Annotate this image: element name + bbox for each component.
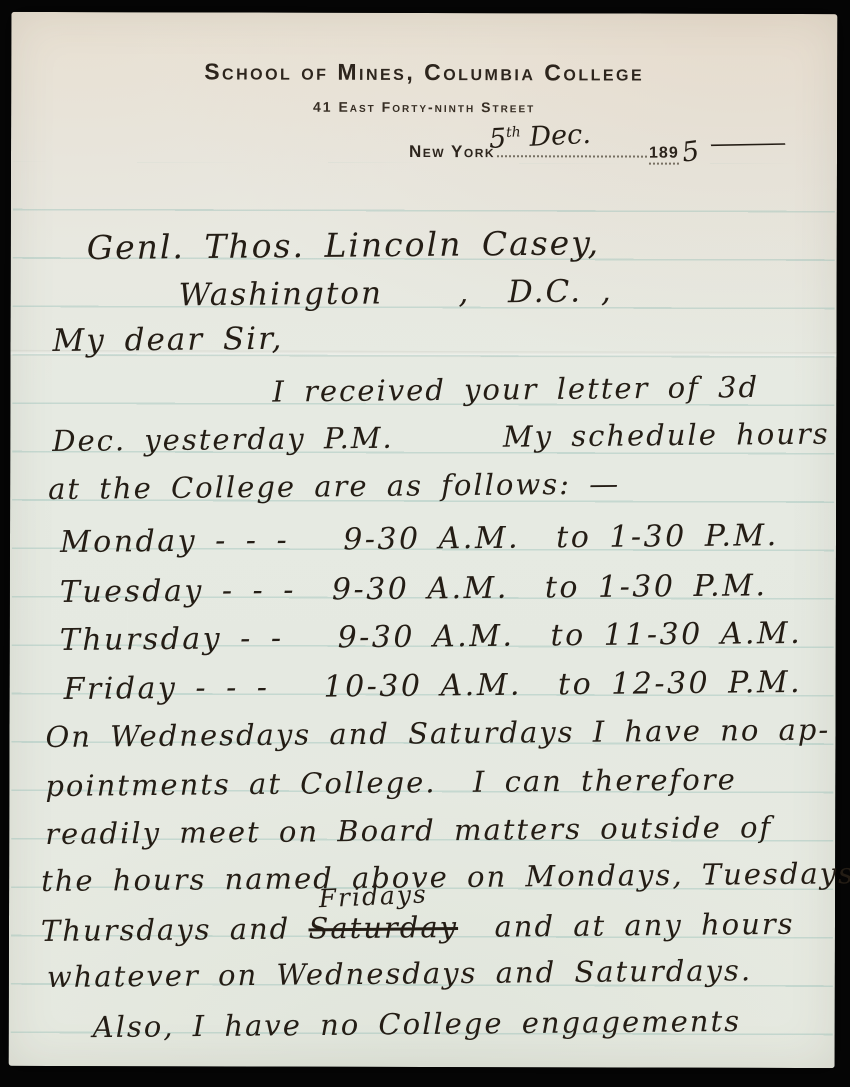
handwritten-line: I received your letter of 3d — [272, 372, 759, 409]
salutation-line: My dear Sir, — [52, 322, 283, 358]
date-day: 5 — [488, 123, 507, 155]
recipient-place-line: Washington , D.C. , — [178, 274, 612, 312]
struck-word-wrap: SaturdayFridays — [308, 912, 458, 945]
handwritten-year-digit: 5 — [680, 136, 701, 169]
date-ordinal: th — [506, 124, 521, 141]
handwritten-line: whatever on Wednesdays and Saturdays. — [47, 955, 753, 994]
schedule-line-monday: Monday - - - 9-30 A.M. to 1-30 P.M. — [60, 519, 779, 559]
schedule-line-tuesday: Tuesday - - - 9-30 A.M. to 1-30 P.M. — [60, 569, 768, 609]
city-label: New York — [409, 142, 495, 162]
struck-word: Saturday — [308, 910, 458, 945]
year-flourish: — — [704, 128, 792, 157]
letter-paper: School of Mines, Columbia College 41 Eas… — [9, 12, 838, 1068]
letterhead-institution: School of Mines, Columbia College — [11, 58, 837, 87]
schedule-line-friday: Friday - - - 10-30 A.M. to 12-30 P.M. — [63, 666, 802, 706]
letterhead-address: 41 East Forty-ninth Street — [11, 98, 837, 116]
scan-background: { "letterhead": { "institution": "School… — [0, 0, 850, 1087]
date-month: Dec. — [529, 119, 592, 153]
correction-before: Thursdays and — [41, 911, 309, 948]
dateline: New York 5th Dec. 189 5 — — [409, 133, 723, 165]
correction-after: and at any hours — [458, 907, 795, 944]
handwritten-date: 5th Dec. — [488, 119, 591, 155]
handwritten-line: Also, I have no College engagements — [93, 1006, 742, 1044]
handwritten-line: at the College are as follows: — — [48, 469, 620, 506]
handwritten-line: readily meet on Board matters outside of — [45, 812, 772, 851]
schedule-line-thursday: Thursday - - 9-30 A.M. to 11-30 A.M. — [60, 617, 803, 657]
handwritten-line: pointments at College. I can therefore — [45, 764, 737, 803]
inserted-word: Fridays — [318, 880, 428, 912]
printed-year: 189 — [649, 145, 679, 165]
date-dotted-line: 5th Dec. — [497, 135, 647, 157]
recipient-name-line: Genl. Thos. Lincoln Casey, — [87, 225, 601, 266]
